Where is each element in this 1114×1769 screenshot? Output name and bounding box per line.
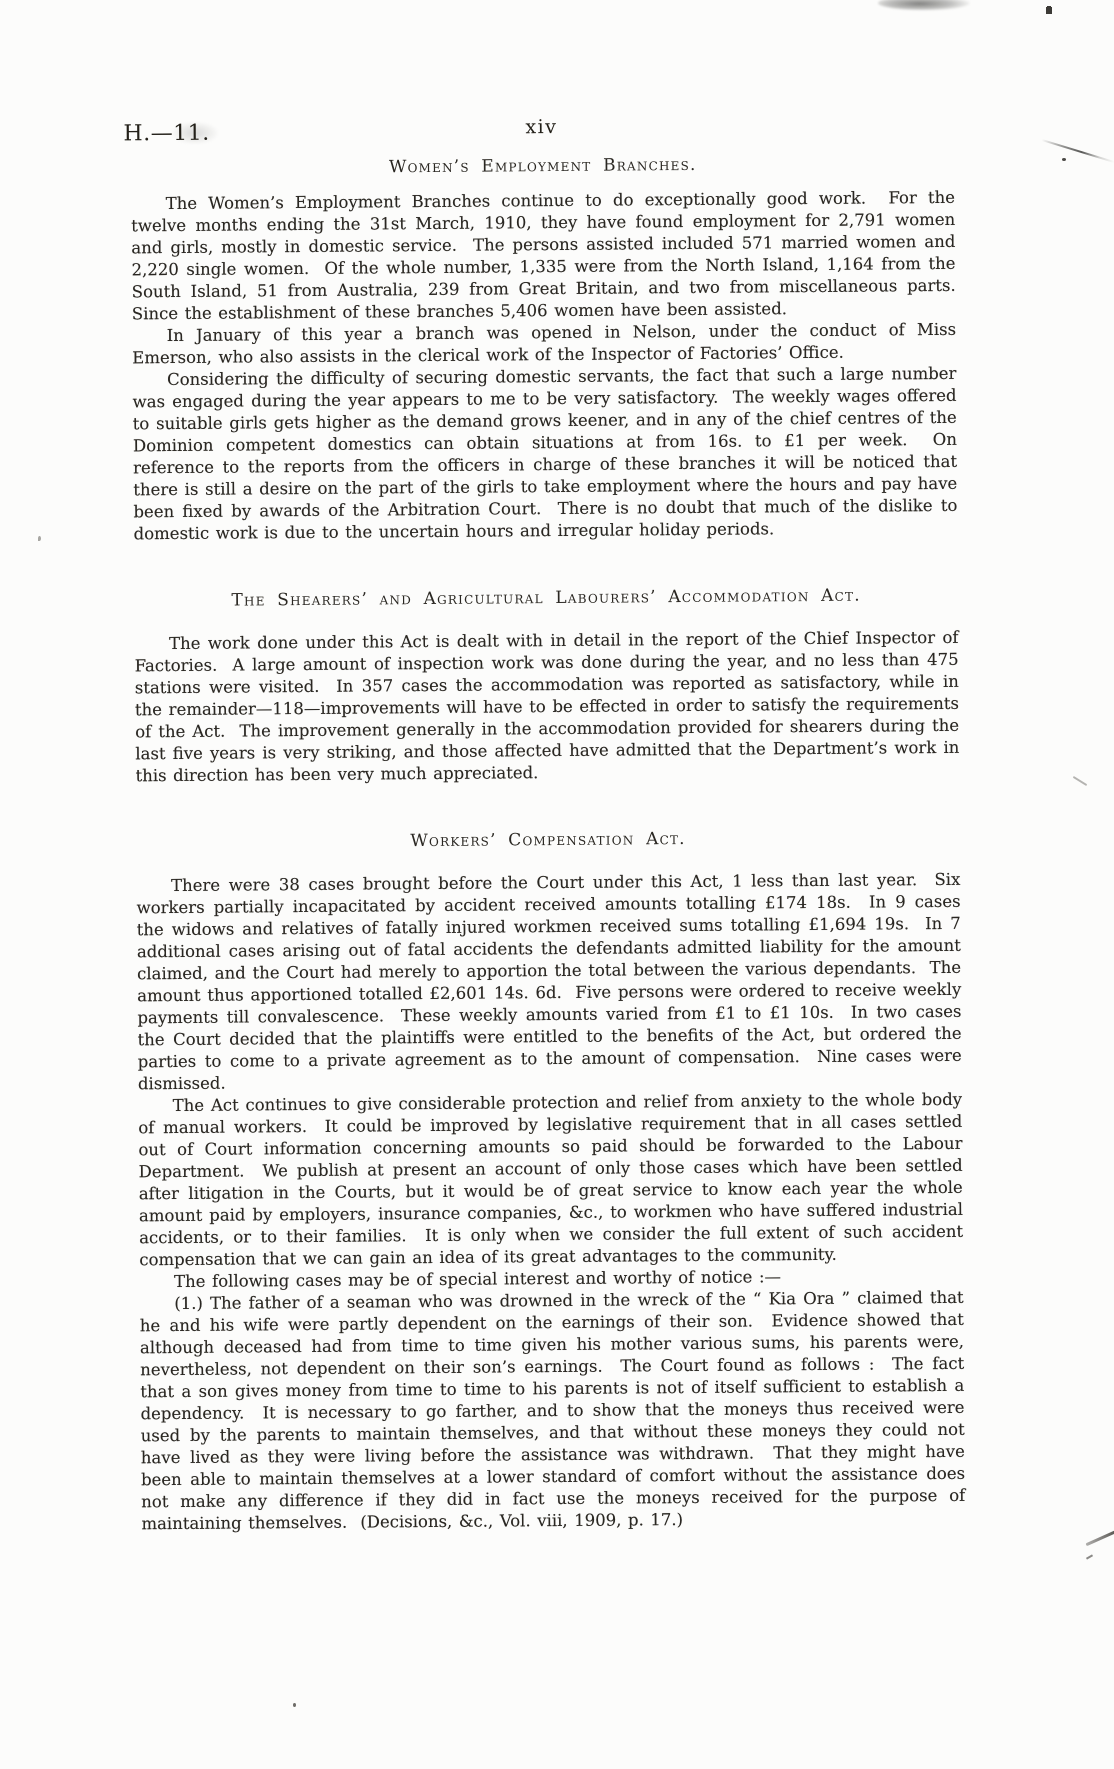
section-workers-compensation-act: Workers’ Compensation Act. There were 38… bbox=[136, 827, 965, 1535]
section-heading: Workers’ Compensation Act. bbox=[136, 827, 960, 853]
paragraph: In January of this year a branch was ope… bbox=[132, 319, 956, 369]
section-shearers-accommodation-act: The Shearers’ and Agricultural Labourers… bbox=[134, 585, 960, 787]
page-number: xiv bbox=[130, 113, 952, 141]
section-heading: The Shearers’ and Agricultural Labourers… bbox=[134, 585, 958, 611]
document-content: Women’s Employment Branches. The Women’s… bbox=[131, 153, 966, 1535]
paragraph: The Act continues to give considerable p… bbox=[138, 1089, 963, 1271]
paragraph: Considering the difficulty of securing d… bbox=[132, 363, 957, 545]
section-heading: Women’s Employment Branches. bbox=[131, 153, 955, 179]
scanned-report-page: H.—11. xiv Women’s Employment Branches. … bbox=[0, 0, 1114, 1769]
paragraph: The Women’s Employment Branches continue… bbox=[131, 187, 956, 325]
page-sheet: H.—11. xiv Women’s Employment Branches. … bbox=[0, 0, 1114, 1769]
paragraph: (1.) The father of a seaman who was drow… bbox=[140, 1287, 966, 1535]
paragraph: There were 38 cases brought before the C… bbox=[136, 869, 962, 1095]
paragraph: The work done under this Act is dealt wi… bbox=[134, 627, 959, 787]
section-womens-employment-branches: Women’s Employment Branches. The Women’s… bbox=[131, 153, 958, 545]
